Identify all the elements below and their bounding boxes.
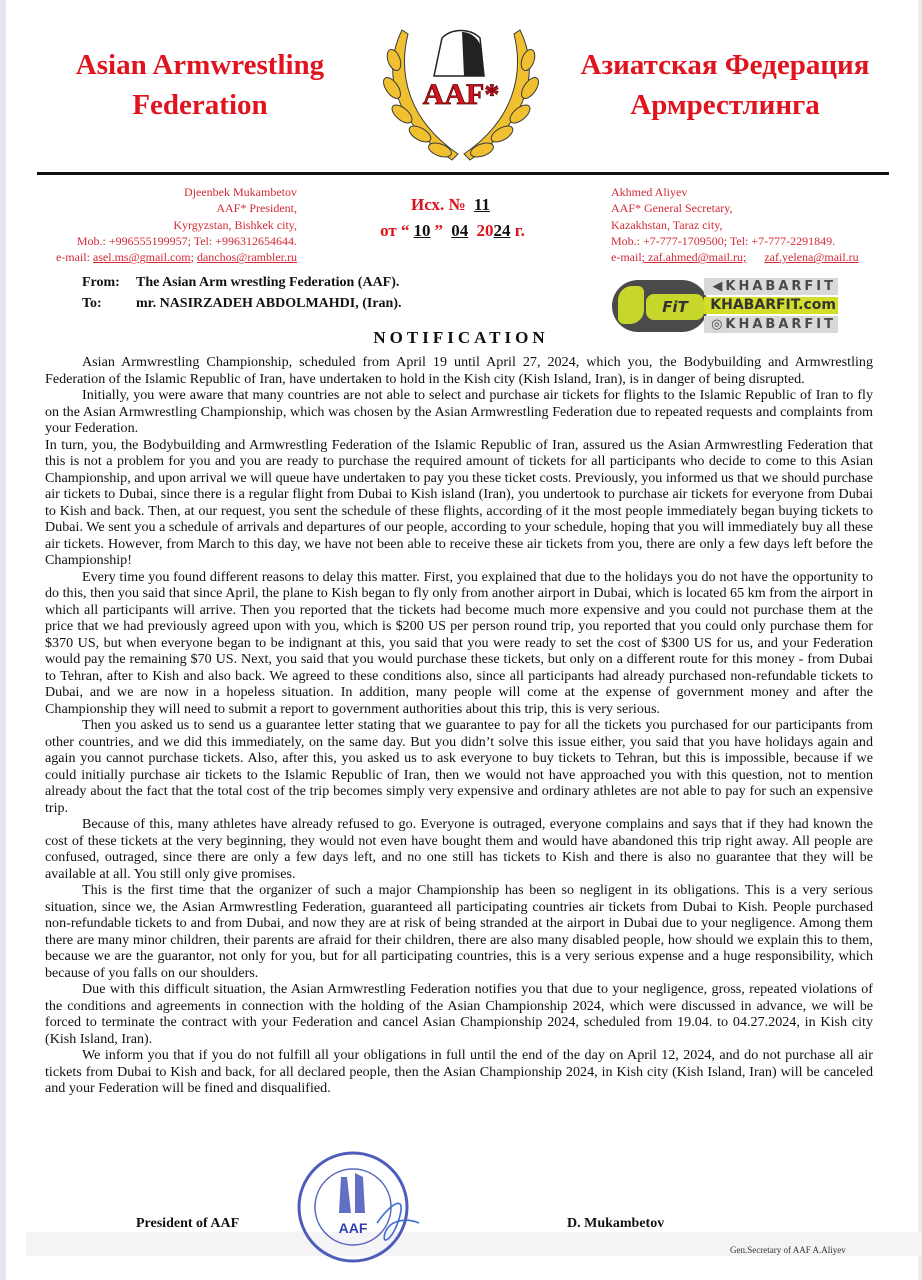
date-month: 04: [447, 221, 472, 240]
aaf-logo: AAF*: [372, 10, 550, 170]
email-link-asel[interactable]: asel.ms@gmail.com: [93, 250, 191, 264]
to-label: To:: [82, 293, 136, 314]
paragraph-8: Due with this difficult situation, the A…: [45, 981, 873, 1047]
outgoing-reference: Исх. № 11 от “10” 04 2024 г.: [345, 192, 560, 244]
date-day: 10: [410, 221, 435, 240]
secretary-role: AAF* General Secretary,: [611, 200, 911, 216]
date-year-suffix: 24: [494, 221, 511, 240]
reference-number: 11: [470, 195, 494, 214]
addressing-block: From:The Asian Arm wrestling Federation …: [82, 272, 402, 314]
paragraph-7: This is the first time that the organize…: [45, 882, 873, 981]
stamp-seal-icon: AAF: [295, 1143, 425, 1271]
date-year-unit: г.: [515, 221, 525, 240]
paragraph-5: Then you asked us to send us a guarantee…: [45, 717, 873, 816]
from-value: The Asian Arm wrestling Federation (AAF)…: [136, 272, 399, 293]
page-left-edge: [0, 0, 6, 1280]
president-contact: Djeenbek Mukambetov AAF* President, Kyrg…: [20, 184, 297, 265]
secretary-name: Akhmed Aliyev: [611, 184, 911, 200]
paragraph-3: In turn, you, the Bodybuilding and Armwr…: [45, 437, 873, 569]
secretary-location: Kazakhstan, Taraz city,: [611, 217, 911, 233]
header-title-english-line1: Asian Armwrestling: [50, 45, 350, 85]
from-row: From:The Asian Arm wrestling Federation …: [82, 272, 402, 293]
svg-text:AAF: AAF: [339, 1220, 368, 1236]
signatory-name: D. Mukambetov: [567, 1216, 664, 1232]
to-value: mr. NASIRZADEH ABDOLMAHDI, (Iran).: [136, 293, 402, 314]
header-divider: [37, 172, 889, 175]
header-title-russian-line2: Армрестлинга: [560, 85, 890, 125]
paragraph-2: Initially, you were aware that many coun…: [45, 387, 873, 437]
reference-number-line: Исх. № 11: [345, 192, 560, 218]
date-quote: ”: [435, 221, 444, 240]
general-secretary-note: Gen.Secretary of AAF A.Aliyev: [730, 1245, 846, 1255]
president-name: Djeenbek Mukambetov: [20, 184, 297, 200]
secretary-emails: e-mail; zaf.ahmed@mail.ru; zaf.yelena@ma…: [611, 249, 911, 265]
header-title-english: Asian Armwrestling Federation: [50, 45, 350, 125]
khabarfit-badge: FiT: [612, 280, 708, 332]
date-year-prefix: 20: [477, 221, 494, 240]
secretary-phones: Mob.: +7-777-1709500; Tel: +7-777-229184…: [611, 233, 911, 249]
paragraph-9: We inform you that if you do not fulfill…: [45, 1047, 873, 1097]
notification-body: Asian Armwrestling Championship, schedul…: [45, 354, 873, 1097]
email-link-zaf-ahmed[interactable]: ; zaf.ahmed@mail.ru;: [642, 250, 747, 264]
header-title-russian-line1: Азиатская Федерация: [560, 45, 890, 85]
header-title-english-line2: Federation: [50, 85, 350, 125]
svg-text:AAF*: AAF*: [423, 78, 500, 111]
fit-logo-text: FiT: [646, 294, 704, 320]
khabarfit-watermark: FiT ◀KHABARFIT KHABARFIT.com ◎KHABARFIT: [612, 278, 840, 334]
page-right-edge: [918, 0, 922, 1280]
to-row: To:mr. NASIRZADEH ABDOLMAHDI, (Iran).: [82, 293, 402, 314]
president-emails: e-mail: asel.ms@gmail.com; danchos@rambl…: [20, 249, 297, 265]
wreath-icon: AAF*: [372, 10, 550, 170]
official-stamp: AAF: [295, 1143, 425, 1271]
email-link-danchos[interactable]: danchos@rambler.ru: [197, 250, 297, 264]
email-label: e-mail: [611, 250, 642, 264]
date-prefix: от “: [380, 221, 409, 240]
notification-title: NOTIFICATION: [0, 328, 922, 348]
paragraph-1: Asian Armwrestling Championship, schedul…: [45, 354, 873, 387]
president-phones: Mob.: +996555199957; Tel: +996312654644.: [20, 233, 297, 249]
telegram-handle: ◀KHABARFIT: [704, 278, 838, 295]
email-label: e-mail:: [56, 250, 93, 264]
reference-label: Исх. №: [411, 195, 466, 214]
paragraph-4: Every time you found different reasons t…: [45, 569, 873, 718]
website-url: KHABARFIT.com: [704, 297, 838, 314]
president-role: AAF* President,: [20, 200, 297, 216]
email-link-zaf-yelena[interactable]: zaf.yelena@mail.ru: [764, 250, 858, 264]
from-label: From:: [82, 272, 136, 293]
flexed-arm-icon: [618, 286, 644, 324]
reference-date-line: от “10” 04 2024 г.: [345, 218, 560, 244]
paragraph-6: Because of this, many athletes have alre…: [45, 816, 873, 882]
president-location: Kyrgyzstan, Bishkek city,: [20, 217, 297, 233]
signatory-title: President of AAF: [136, 1216, 239, 1232]
header-title-russian: Азиатская Федерация Армрестлинга: [560, 45, 890, 125]
secretary-contact: Akhmed Aliyev AAF* General Secretary, Ka…: [611, 184, 911, 265]
